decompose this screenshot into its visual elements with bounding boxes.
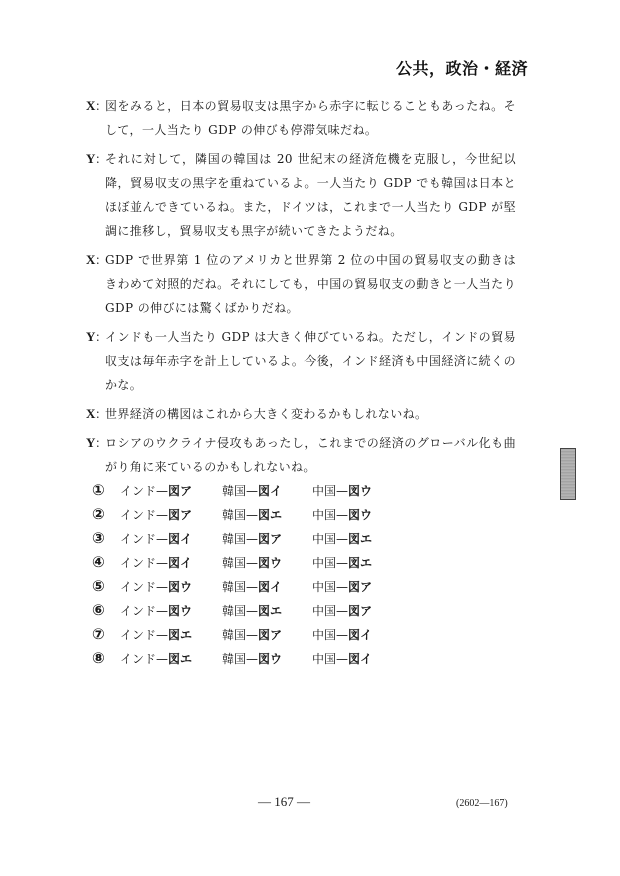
option-number: ⑦ [92,625,120,643]
speaker-label: X [86,402,95,426]
india-pair: インド—図イ [120,530,222,547]
china-pair: 中国—図ウ [312,506,392,523]
option-number: ④ [92,553,120,571]
speaker-label: Y [86,431,95,455]
speaker-colon: ： [95,325,107,349]
section-title: 公共，政治・経済 [396,56,528,79]
option-number: ② [92,505,120,523]
option-number: ③ [92,529,120,547]
china-pair: 中国—図イ [312,626,392,643]
india-pair: インド—図ア [120,506,222,523]
india-pair: インド—図イ [120,554,222,571]
korea-pair: 韓国—図ア [222,530,312,547]
answer-option-3[interactable]: ③ インド—図イ 韓国—図ア 中国—図エ [92,526,392,550]
answer-option-4[interactable]: ④ インド—図イ 韓国—図ウ 中国—図エ [92,550,392,574]
korea-pair: 韓国—図ア [222,626,312,643]
speaker-label: Y [86,325,95,349]
speaker-colon: ： [95,147,107,171]
dialogue-text: 図をみると，日本の貿易収支は黒字から赤字に転じることもあったね。そして，一人当た… [100,94,516,142]
india-pair: インド—図ア [120,482,222,499]
india-pair: インド—図エ [120,626,222,643]
speaker-colon: ： [95,94,107,118]
answer-option-2[interactable]: ② インド—図ア 韓国—図エ 中国—図ウ [92,502,392,526]
page-code: (2602—167) [456,798,508,809]
option-number: ⑥ [92,601,120,619]
india-pair: インド—図ウ [120,578,222,595]
dialogue-turn: Y ： それに対して，隣国の韓国は 20 世紀末の経済危機を克服し，今世紀以降，… [86,147,516,243]
dialogue-turn: X ： 世界経済の構図はこれから大きく変わるかもしれないね。 [86,402,516,426]
section-index-tab [560,448,576,500]
answer-option-6[interactable]: ⑥ インド—図ウ 韓国—図エ 中国—図ア [92,598,392,622]
answer-option-5[interactable]: ⑤ インド—図ウ 韓国—図イ 中国—図ア [92,574,392,598]
speaker-colon: ： [95,402,107,426]
korea-pair: 韓国—図イ [222,578,312,595]
china-pair: 中国—図ア [312,602,392,619]
dialogue-turn: Y ： ロシアのウクライナ侵攻もあったし，これまでの経済のグローバル化も曲がり角… [86,431,516,479]
dialogue-text: それに対して，隣国の韓国は 20 世紀末の経済危機を克服し，今世紀以降，貿易収支… [100,147,516,243]
dialogue-turn: X ： 図をみると，日本の貿易収支は黒字から赤字に転じることもあったね。そして，… [86,94,516,142]
speaker-label: Y [86,147,95,171]
korea-pair: 韓国—図ウ [222,650,312,667]
speaker-label: X [86,94,95,118]
china-pair: 中国—図エ [312,530,392,547]
korea-pair: 韓国—図エ [222,602,312,619]
korea-pair: 韓国—図エ [222,506,312,523]
china-pair: 中国—図イ [312,650,392,667]
answer-option-8[interactable]: ⑧ インド—図エ 韓国—図ウ 中国—図イ [92,646,392,670]
answer-options: ① インド—図ア 韓国—図イ 中国—図ウ ② インド—図ア 韓国—図エ 中国—図… [92,478,392,670]
dialogue-text: GDP で世界第 1 位のアメリカと世界第 2 位の中国の貿易収支の動きはきわめ… [100,248,516,320]
option-number: ⑤ [92,577,120,595]
dialogue-text: ロシアのウクライナ侵攻もあったし，これまでの経済のグローバル化も曲がり角に来てい… [100,431,516,479]
option-number: ⑧ [92,649,120,667]
dialogue: X ： 図をみると，日本の貿易収支は黒字から赤字に転じることもあったね。そして，… [86,94,516,484]
speaker-label: X [86,248,95,272]
page-number: — 167 — [258,794,310,810]
speaker-colon: ： [95,431,107,455]
korea-pair: 韓国—図ウ [222,554,312,571]
china-pair: 中国—図エ [312,554,392,571]
dialogue-text: 世界経済の構図はこれから大きく変わるかもしれないね。 [100,402,516,426]
answer-option-7[interactable]: ⑦ インド—図エ 韓国—図ア 中国—図イ [92,622,392,646]
china-pair: 中国—図ウ [312,482,392,499]
dialogue-turn: X ： GDP で世界第 1 位のアメリカと世界第 2 位の中国の貿易収支の動き… [86,248,516,320]
option-number: ① [92,481,120,499]
speaker-colon: ： [95,248,107,272]
india-pair: インド—図ウ [120,602,222,619]
korea-pair: 韓国—図イ [222,482,312,499]
dialogue-text: インドも一人当たり GDP は大きく伸びているね。ただし，インドの貿易収支は毎年… [100,325,516,397]
dialogue-turn: Y ： インドも一人当たり GDP は大きく伸びているね。ただし，インドの貿易収… [86,325,516,397]
india-pair: インド—図エ [120,650,222,667]
china-pair: 中国—図ア [312,578,392,595]
answer-option-1[interactable]: ① インド—図ア 韓国—図イ 中国—図ウ [92,478,392,502]
